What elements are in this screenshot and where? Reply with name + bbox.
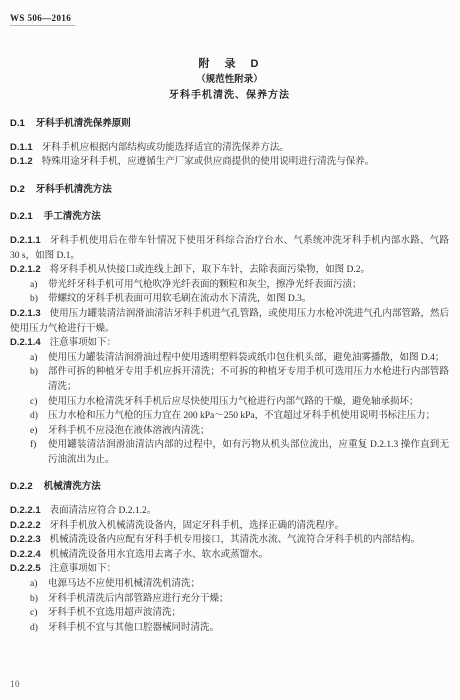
appendix-label: 附 录 D	[10, 56, 449, 72]
list-item: f)使用罐装清洁润滑油清洁内部的过程中，如有污物从机头部位流出，应重复 D.2.…	[10, 438, 449, 467]
list-item: d)压力水枪和压力气枪的压力宜在 200 kPa～250 kPa，不宜超过牙科手…	[10, 409, 449, 424]
clause-number: D.2.1.1	[10, 235, 41, 246]
section-heading-d22: D.2.2机械清洗方法	[10, 480, 449, 495]
clause-number: D.2.1.3	[10, 308, 41, 319]
list-text: 压力水枪和压力气枪的压力宜在 200 kPa～250 kPa，不宜超过牙科手机使…	[48, 411, 435, 421]
section-heading-d1: D.1牙科手机清洗保养原则	[10, 117, 449, 132]
list-item: b)带螺纹的牙科手机表面可用软毛刷在流动水下清洗，如图 D.3。	[10, 292, 449, 307]
list-item: a)带光纤牙科手机可用气枪吹净光纤表面的颗粒和灰尘，擦净光纤表面污渍；	[10, 278, 449, 293]
list-item: b)牙科手机清洗后内部管路应进行充分干燥；	[10, 592, 449, 607]
list-text: 牙科手机清洗后内部管路应进行充分干燥；	[48, 594, 229, 604]
clause-paragraph-d11: D.1.1牙科手机应根据内部结构或功能选择适宜的清洗保养方法。	[10, 141, 449, 156]
clause-paragraph-d214: D.2.1.4注意事项如下：	[10, 336, 449, 351]
clause-text: 牙科手机应根据内部结构或功能选择适宜的清洗保养方法。	[42, 143, 289, 153]
clause-number: D.2.1.2	[10, 264, 41, 275]
appendix-subject-title: 牙科手机清洗、保养方法	[10, 88, 449, 104]
list-marker: a)	[30, 278, 37, 293]
clause-text: 牙科手机放入机械清洗设备内，固定牙科手机，选择正确的清洗程序。	[50, 521, 345, 531]
clause-paragraph-d221: D.2.2.1表面清洁应符合 D.2.1.2。	[10, 504, 449, 519]
clause-text: 注意事项如下：	[50, 338, 117, 348]
list-item: c)使用压力水枪清洗牙科手机后应尽快使用压力气枪进行内部气路的干燥，避免轴承损坏…	[10, 395, 449, 410]
list-text: 使用压力水枪清洗牙科手机后应尽快使用压力气枪进行内部气路的干燥，避免轴承损坏；	[48, 397, 419, 407]
list-marker: c)	[30, 395, 37, 410]
list-item: d)牙科手机不宜与其他口腔器械同时清洗。	[10, 621, 449, 636]
heading-text: 机械清洗方法	[44, 481, 101, 492]
clause-number: D.1	[10, 118, 25, 129]
heading-text: 牙科手机清洗保养原则	[36, 118, 131, 129]
clause-number: D.2	[10, 184, 25, 195]
section-heading-d21: D.2.1手工清洗方法	[10, 210, 449, 225]
list-item: a)电源马达不应使用机械清洗机清洗；	[10, 577, 449, 592]
appendix-title-block: 附 录 D （规范性附录） 牙科手机清洗、保养方法	[10, 56, 449, 104]
list-text: 带螺纹的牙科手机表面可用软毛刷在流动水下清洗，如图 D.3。	[48, 294, 311, 304]
list-text: 牙科手机不应浸泡在液体溶液内清洗；	[48, 426, 210, 436]
list-text: 使用罐装清洁润滑油清洁内部的过程中，如有污物从机头部位流出，应重复 D.2.1.…	[48, 440, 449, 465]
clause-text: 注意事项如下：	[50, 564, 117, 574]
clause-number: D.1.1	[10, 142, 33, 153]
list-item: b)部件可拆的种植牙专用手机应拆开清洗；不可拆的种植牙专用手机可选用压力水枪进行…	[10, 365, 449, 394]
list-marker: c)	[30, 606, 37, 621]
clause-number: D.2.1.4	[10, 337, 41, 348]
list-marker: b)	[30, 292, 38, 307]
heading-text: 牙科手机清洗方法	[36, 184, 112, 195]
clause-text: 机械清洗设备内应配有牙科手机专用接口，其清洗水流、气流符合牙科手机的内部结构。	[50, 535, 421, 545]
list-text: 使用压力罐装清洁润滑油过程中使用透明塑料袋或纸巾包住机头部，避免油雾播散，如图 …	[48, 353, 444, 363]
clause-number: D.2.2	[10, 481, 33, 492]
list-marker: b)	[30, 365, 38, 380]
list-marker: d)	[30, 409, 38, 424]
list-marker: a)	[30, 351, 37, 366]
appendix-normative-note: （规范性附录）	[10, 72, 449, 88]
list-text: 牙科手机不宜与其他口腔器械同时清洗。	[48, 623, 219, 633]
list-text: 部件可拆的种植牙专用手机应拆开清洗；不可拆的种植牙专用手机可选用压力水枪进行内部…	[48, 367, 449, 392]
clause-number: D.1.2	[10, 156, 33, 167]
list-marker: e)	[30, 424, 37, 439]
clause-paragraph-d211: D.2.1.1牙科手机使用后在带车针情况下使用牙科综合治疗台水、气系统冲洗牙科手…	[10, 234, 449, 263]
clause-paragraph-d213: D.2.1.3使用压力罐装清洁润滑油清洁牙科手机进气孔管路，或使用压力水枪冲洗进…	[10, 307, 449, 336]
list-item: c)牙科手机不宜选用超声波清洗；	[10, 606, 449, 621]
clause-paragraph-d12: D.1.2特殊用途牙科手机，应遵循生产厂家或供应商提供的使用说明进行清洗与保养。	[10, 155, 449, 170]
clause-text: 使用压力罐装清洁润滑油清洁牙科手机进气孔管路，或使用压力水枪冲洗进气孔内部管路，…	[10, 309, 449, 334]
clause-paragraph-d212: D.2.1.2将牙科手机从快接口或连线上卸下，取下车针，去除表面污染物，如图 D…	[10, 263, 449, 278]
list-marker: f)	[30, 438, 36, 453]
list-item: a)使用压力罐装清洁润滑油过程中使用透明塑料袋或纸巾包住机头部，避免油雾播散，如…	[10, 351, 449, 366]
list-marker: d)	[30, 621, 38, 636]
clause-paragraph-d222: D.2.2.2牙科手机放入机械清洗设备内，固定牙科手机，选择正确的清洗程序。	[10, 519, 449, 534]
clause-text: 机械清洗设备用水宜选用去离子水、软水或蒸馏水。	[50, 550, 269, 560]
clause-paragraph-d224: D.2.2.4机械清洗设备用水宜选用去离子水、软水或蒸馏水。	[10, 548, 449, 563]
clause-number: D.2.2.5	[10, 563, 41, 574]
list-marker: b)	[30, 592, 38, 607]
clause-number: D.2.1	[10, 211, 33, 222]
clause-text: 牙科手机使用后在带车针情况下使用牙科综合治疗台水、气系统冲洗牙科手机内部水路、气…	[10, 236, 449, 261]
document-page: WS 506—2016 附 录 D （规范性附录） 牙科手机清洗、保养方法 D.…	[0, 0, 460, 700]
list-text: 牙科手机不宜选用超声波清洗；	[48, 608, 181, 618]
list-marker: a)	[30, 577, 37, 592]
clause-text: 特殊用途牙科手机，应遵循生产厂家或供应商提供的使用说明进行清洗与保养。	[42, 157, 375, 167]
clause-number: D.2.2.3	[10, 534, 41, 545]
document-body: D.1牙科手机清洗保养原则 D.1.1牙科手机应根据内部结构或功能选择适宜的清洗…	[10, 117, 449, 635]
clause-text: 将牙科手机从快接口或连线上卸下，取下车针，去除表面污染物，如图 D.2。	[50, 265, 370, 275]
clause-number: D.2.2.2	[10, 520, 41, 531]
clause-paragraph-d223: D.2.2.3机械清洗设备内应配有牙科手机专用接口，其清洗水流、气流符合牙科手机…	[10, 533, 449, 548]
page-number: 10	[10, 679, 20, 689]
heading-text: 手工清洗方法	[44, 211, 101, 222]
list-text: 电源马达不应使用机械清洗机清洗；	[48, 579, 200, 589]
standard-number: WS 506—2016	[10, 13, 75, 26]
clause-paragraph-d225: D.2.2.5注意事项如下：	[10, 562, 449, 577]
section-heading-d2: D.2牙科手机清洗方法	[10, 183, 449, 198]
clause-number: D.2.2.4	[10, 549, 41, 560]
clause-text: 表面清洁应符合 D.2.1.2。	[50, 506, 157, 516]
list-text: 带光纤牙科手机可用气枪吹净光纤表面的颗粒和灰尘，擦净光纤表面污渍；	[48, 280, 362, 290]
list-item: e)牙科手机不应浸泡在液体溶液内清洗；	[10, 424, 449, 439]
clause-number: D.2.2.1	[10, 505, 41, 516]
